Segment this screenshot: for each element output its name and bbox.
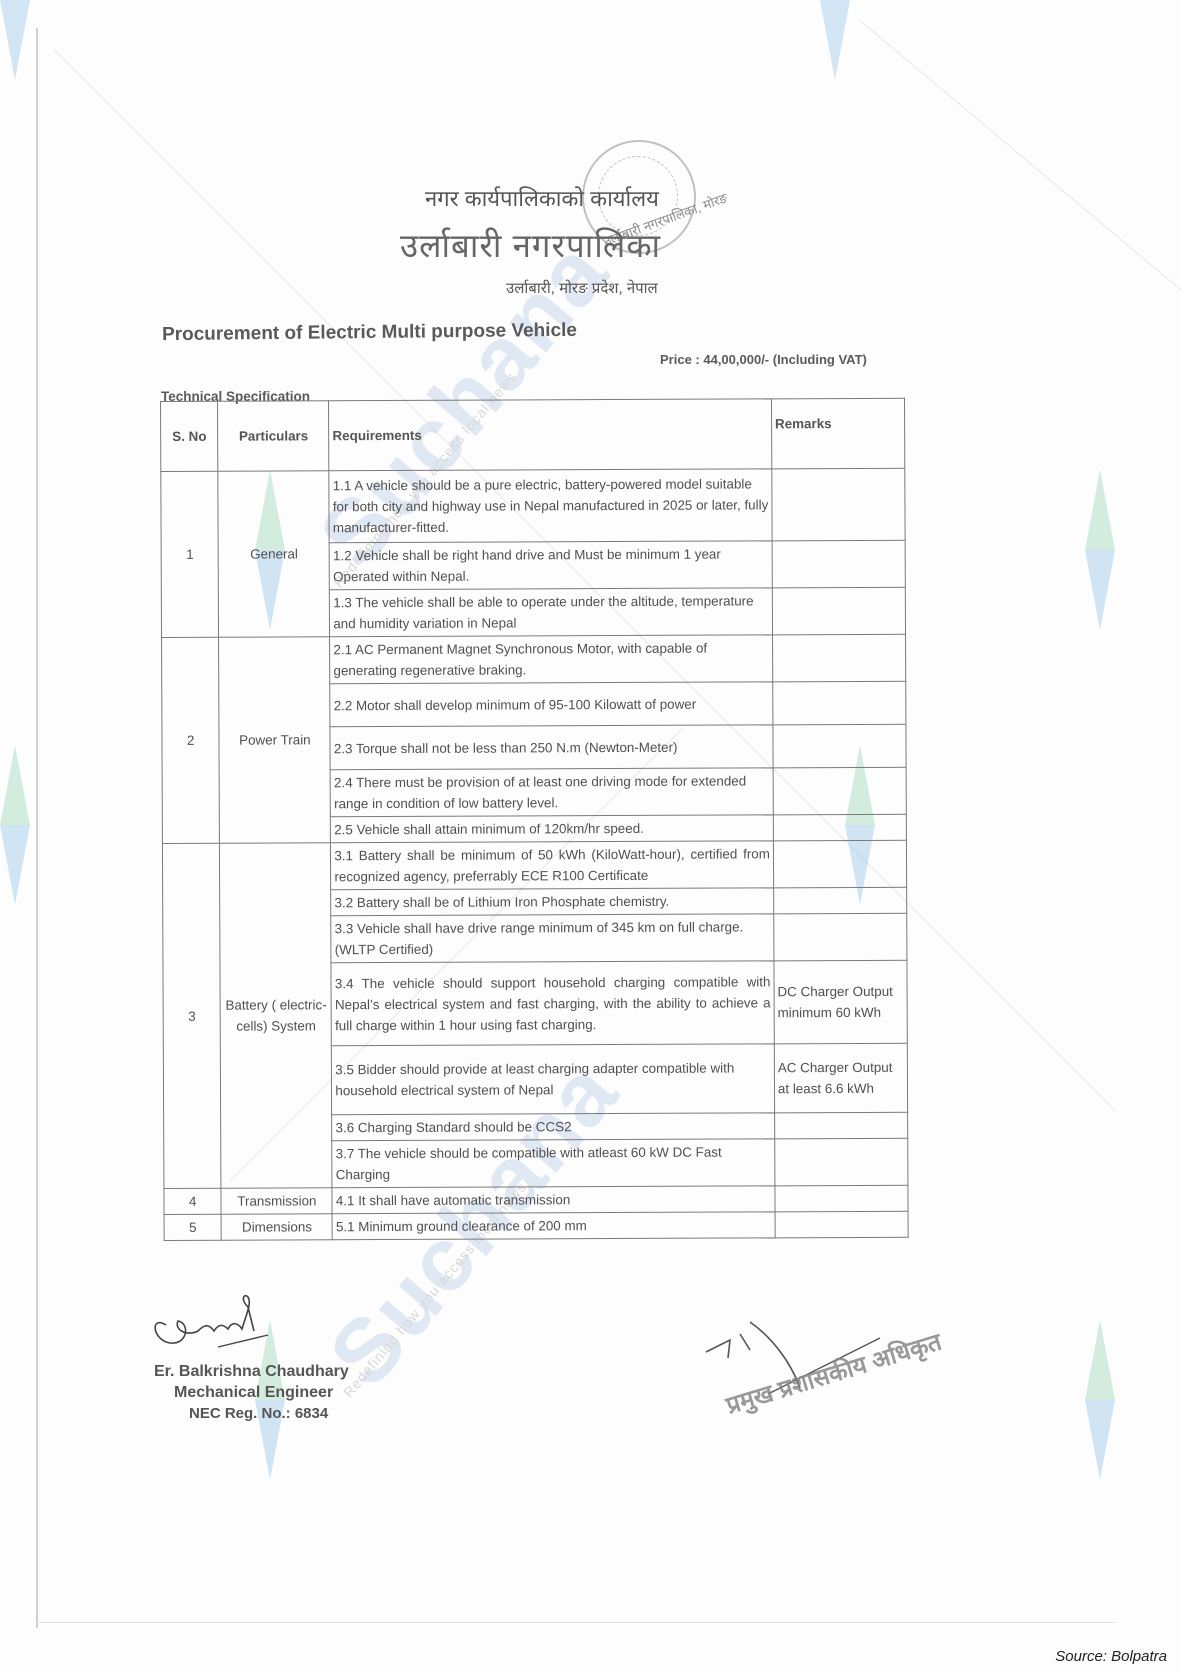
requirement-cell: 5.1 Minimum ground clearance of 200 mm <box>332 1212 775 1240</box>
particulars-cell: General <box>218 471 330 637</box>
requirement-cell: 3.3 Vehicle shall have drive range minim… <box>331 914 774 963</box>
remarks-cell: DC Charger Output minimum 60 kWh <box>774 960 907 1044</box>
remarks-cell: AC Charger Output at least 6.6 kWh <box>774 1043 907 1113</box>
table-row: 2 Power Train 2.1 AC Permanent Magnet Sy… <box>162 634 906 684</box>
sno-cell: 3 <box>162 843 221 1188</box>
remarks-cell <box>773 681 906 725</box>
source-credit: Source: Bolpatra <box>1055 1648 1167 1665</box>
requirement-cell: 3.1 Battery shall be minimum of 50 kWh (… <box>331 841 774 890</box>
table-row: 3 Battery ( electric-cells) System 3.1 B… <box>162 840 906 890</box>
sno-cell: 1 <box>161 471 219 637</box>
sno-cell: 5 <box>164 1214 222 1240</box>
requirement-cell: 2.5 Vehicle shall attain minimum of 120k… <box>331 815 774 843</box>
watermark-arrow-icon <box>0 0 30 160</box>
engineer-title: Mechanical Engineer <box>174 1384 333 1402</box>
requirement-cell: 2.2 Motor shall develop minimum of 95-10… <box>330 682 773 727</box>
document-title: Procurement of Electric Multi purpose Ve… <box>162 320 577 346</box>
remarks-cell <box>775 1185 908 1212</box>
scan-edge-bottom <box>36 1622 1116 1623</box>
requirement-cell: 1.3 The vehicle shall be able to operate… <box>330 588 773 637</box>
table-row: 4 Transmission 4.1 It shall have automat… <box>164 1185 908 1214</box>
requirement-cell: 3.7 The vehicle should be compatible wit… <box>332 1139 775 1188</box>
particulars-cell: Power Train <box>219 637 331 843</box>
remarks-cell <box>773 814 906 841</box>
column-header-requirements: Requirements <box>329 399 772 471</box>
watermark-arrow-icon <box>1085 470 1115 630</box>
sno-cell: 2 <box>162 637 220 843</box>
requirement-cell: 1.1 A vehicle should be a pure electric,… <box>329 469 772 543</box>
watermark-arrow-icon <box>1085 1320 1115 1480</box>
requirement-cell: 2.3 Torque shall not be less than 250 N.… <box>330 725 773 770</box>
engineer-reg-no: NEC Reg. No.: 6834 <box>189 1405 328 1422</box>
remarks-cell <box>773 767 906 815</box>
remarks-cell <box>775 1211 908 1238</box>
watermark-arrow-icon <box>0 745 30 905</box>
remarks-cell <box>775 1112 908 1139</box>
column-header-remarks: Remarks <box>771 398 904 469</box>
remarks-cell <box>773 840 906 888</box>
sno-cell: 4 <box>164 1188 222 1214</box>
engineer-name: Er. Balkrishna Chaudhary <box>154 1363 349 1381</box>
remarks-cell <box>772 587 905 635</box>
particulars-cell: Dimensions <box>222 1214 333 1240</box>
requirement-cell: 3.4 The vehicle should support household… <box>331 961 774 1046</box>
remarks-cell <box>775 1138 908 1186</box>
remarks-cell <box>772 468 905 541</box>
column-header-particulars: Particulars <box>218 401 329 471</box>
requirement-cell: 2.1 AC Permanent Magnet Synchronous Moto… <box>330 635 773 684</box>
watermark-diagonal-line <box>859 20 1181 471</box>
remarks-cell <box>773 724 906 768</box>
requirement-cell: 4.1 It shall have automatic transmission <box>332 1186 775 1214</box>
column-header-sno: S. No <box>161 401 219 471</box>
price: Price : 44,00,000/- (Including VAT) <box>660 352 867 367</box>
particulars-cell: Battery ( electric-cells) System <box>220 843 332 1188</box>
requirement-cell: 3.6 Charging Standard should be CCS2 <box>332 1113 775 1141</box>
remarks-cell <box>772 634 905 682</box>
table-header-row: S. No Particulars Requirements Remarks <box>161 398 905 471</box>
remarks-cell <box>772 540 905 588</box>
municipality-address: उर्लाबारी, मोरङ प्रदेश, नेपाल <box>506 278 658 298</box>
scan-edge-left <box>36 28 38 1628</box>
particulars-cell: Transmission <box>221 1188 332 1214</box>
technical-specification-table: S. No Particulars Requirements Remarks 1… <box>160 398 909 1241</box>
table-row: 1 General 1.1 A vehicle should be a pure… <box>161 468 905 543</box>
municipality-name: उर्लाबारी नगरपालिका <box>400 222 661 267</box>
requirement-cell: 3.2 Battery shall be of Lithium Iron Pho… <box>331 888 774 916</box>
remarks-cell <box>774 913 907 961</box>
table-row: 5 Dimensions 5.1 Minimum ground clearanc… <box>164 1211 908 1240</box>
office-line: नगर कार्यपालिकाको कार्यालय <box>425 183 659 213</box>
scanned-document-page: Suchana Suchana Redefining how you acces… <box>0 0 1181 1672</box>
requirement-cell: 3.5 Bidder should provide at least charg… <box>332 1044 775 1115</box>
engineer-signature-icon <box>148 1285 278 1355</box>
remarks-cell <box>774 887 907 914</box>
requirement-cell: 1.2 Vehicle shall be right hand drive an… <box>329 541 772 590</box>
watermark-arrow-icon <box>820 0 850 160</box>
requirement-cell: 2.4 There must be provision of at least … <box>330 768 773 817</box>
